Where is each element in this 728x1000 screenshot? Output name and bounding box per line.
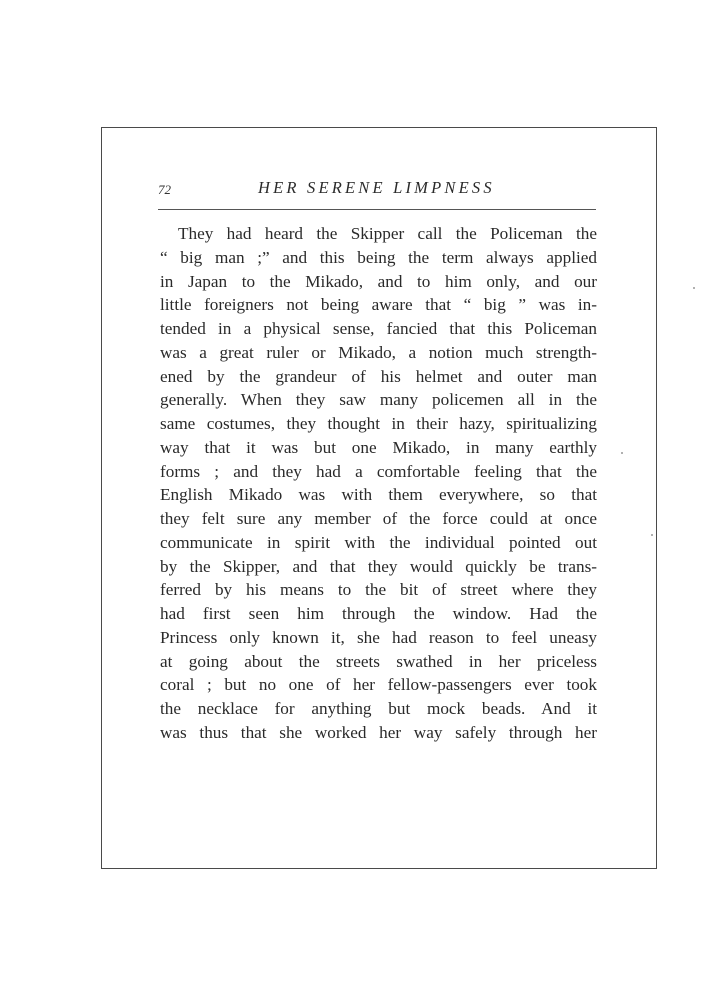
page-number: 72 xyxy=(158,182,171,198)
scan-speck xyxy=(693,287,695,289)
scan-speck xyxy=(651,534,653,536)
header-rule-divider xyxy=(158,209,596,210)
text-line: forms ; and they had a comfortable feeli… xyxy=(160,460,597,484)
text-line: ferred by his means to the bit of street… xyxy=(160,578,597,602)
text-line: had first seen him through the window. H… xyxy=(160,602,597,626)
text-line: same costumes, they thought in their haz… xyxy=(160,412,597,436)
text-line: little foreigners not being aware that “… xyxy=(160,293,597,317)
text-line: communicate in spirit with the individua… xyxy=(160,531,597,555)
text-line: They had heard the Skipper call the Poli… xyxy=(160,222,597,246)
text-line: tended in a physical sense, fancied that… xyxy=(160,317,597,341)
text-line: coral ; but no one of her fellow-passeng… xyxy=(160,673,597,697)
text-line: way that it was but one Mikado, in many … xyxy=(160,436,597,460)
text-line: ened by the grandeur of his helmet and o… xyxy=(160,365,597,389)
text-line: in Japan to the Mikado, and to him only,… xyxy=(160,270,597,294)
text-line: Princess only known it, she had reason t… xyxy=(160,626,597,650)
text-line: the necklace for anything but mock beads… xyxy=(160,697,597,721)
text-line: English Mikado was with them everywhere,… xyxy=(160,483,597,507)
text-line: by the Skipper, and that they would quic… xyxy=(160,555,597,579)
text-line: was a great ruler or Mikado, a notion mu… xyxy=(160,341,597,365)
text-line: at going about the streets swathed in he… xyxy=(160,650,597,674)
body-paragraph: They had heard the Skipper call the Poli… xyxy=(160,222,597,745)
text-line: generally. When they saw many policemen … xyxy=(160,388,597,412)
text-line: they felt sure any member of the force c… xyxy=(160,507,597,531)
running-title: HER SERENE LIMPNESS xyxy=(258,178,495,198)
text-line: “ big man ;” and this being the term alw… xyxy=(160,246,597,270)
scan-speck xyxy=(621,452,623,454)
text-line: was thus that she worked her way safely … xyxy=(160,721,597,745)
running-head: 72 HER SERENE LIMPNESS xyxy=(158,178,596,202)
